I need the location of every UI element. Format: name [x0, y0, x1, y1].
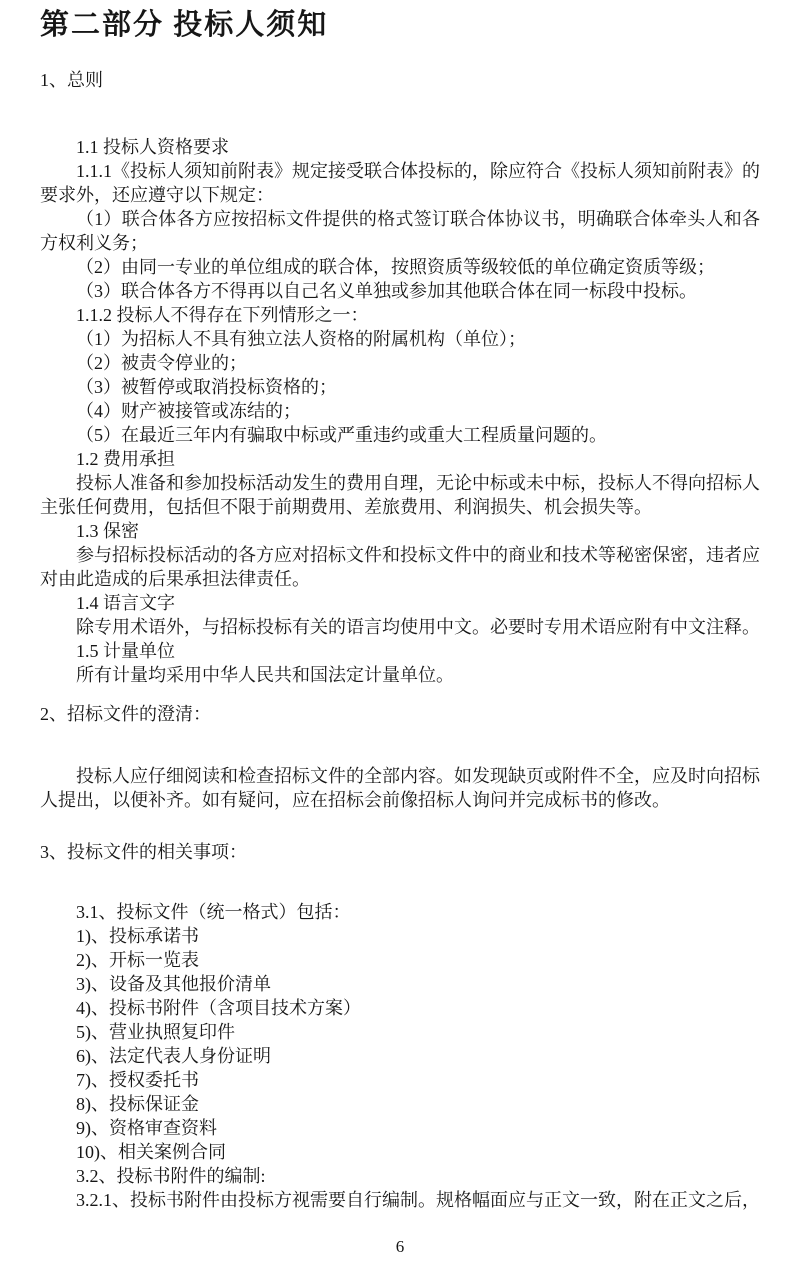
paragraph: （5）在最近三年内有骗取中标或严重违约或重大工程质量问题的。 — [40, 423, 760, 447]
paragraph: （1）联合体各方应按招标文件提供的格式签订联合体协议书，明确联合体牵头人和各方权… — [40, 207, 760, 255]
section-bid-document-matters: 3、投标文件的相关事项： 3.1、投标文件（统一格式）包括：1)、投标承诺书2)… — [40, 840, 760, 1212]
paragraph: 6)、法定代表人身份证明 — [40, 1044, 760, 1068]
page-number: 6 — [396, 1237, 405, 1256]
paragraph: 8)、投标保证金 — [40, 1092, 760, 1116]
paragraph: 参与招标投标活动的各方应对招标文件和投标文件中的商业和技术等秘密保密，违者应对由… — [40, 543, 760, 591]
paragraph: 7)、授权委托书 — [40, 1068, 760, 1092]
paragraph: 1.2 费用承担 — [40, 447, 760, 471]
paragraph: 1.4 语言文字 — [40, 591, 760, 615]
section-paragraphs: 投标人应仔细阅读和检查招标文件的全部内容。如发现缺页或附件不全，应及时向招标人提… — [40, 764, 760, 812]
section-clarification: 2、招标文件的澄清： 投标人应仔细阅读和检查招标文件的全部内容。如发现缺页或附件… — [40, 702, 760, 812]
paragraph: 1.1 投标人资格要求 — [40, 135, 760, 159]
paragraph: 1.1.1《投标人须知前附表》规定接受联合体投标的，除应符合《投标人须知前附表》… — [40, 159, 760, 207]
page-title-text: 第二部分 投标人须知 — [40, 9, 328, 41]
paragraph: （2）由同一专业的单位组成的联合体，按照资质等级较低的单位确定资质等级； — [40, 255, 760, 279]
document-page: 第二部分 投标人须知 1、总则 1.1 投标人资格要求1.1.1《投标人须知前附… — [0, 0, 800, 1264]
paragraph: 1.3 保密 — [40, 519, 760, 543]
paragraph: （3）联合体各方不得再以自己名义单独或参加其他联合体在同一标段中投标。 — [40, 279, 760, 303]
paragraph: 9)、资格审查资料 — [40, 1116, 760, 1140]
paragraph: 1.5 计量单位 — [40, 639, 760, 663]
section-general-provisions: 1、总则 1.1 投标人资格要求1.1.1《投标人须知前附表》规定接受联合体投标… — [40, 68, 760, 687]
paragraph: 3)、设备及其他报价清单 — [40, 972, 760, 996]
page-footer: 6 — [0, 1236, 800, 1258]
section-heading: 2、招标文件的澄清： — [40, 702, 760, 726]
page-title: 第二部分 投标人须知 — [40, 8, 760, 42]
paragraph: 1.1.2 投标人不得存在下列情形之一： — [40, 303, 760, 327]
paragraph: 3.2、投标书附件的编制: — [40, 1164, 760, 1188]
paragraph: 5)、营业执照复印件 — [40, 1020, 760, 1044]
paragraph: 2)、开标一览表 — [40, 948, 760, 972]
paragraph: 10)、相关案例合同 — [40, 1140, 760, 1164]
paragraph: 投标人应仔细阅读和检查招标文件的全部内容。如发现缺页或附件不全，应及时向招标人提… — [40, 764, 760, 812]
section-heading: 1、总则 — [40, 68, 760, 92]
paragraph: 所有计量均采用中华人民共和国法定计量单位。 — [40, 663, 760, 687]
paragraph: （4）财产被接管或冻结的； — [40, 399, 760, 423]
paragraph: 1)、投标承诺书 — [40, 924, 760, 948]
document-content: 第二部分 投标人须知 1、总则 1.1 投标人资格要求1.1.1《投标人须知前附… — [0, 0, 800, 1212]
section-paragraphs: 1.1 投标人资格要求1.1.1《投标人须知前附表》规定接受联合体投标的，除应符… — [40, 135, 760, 687]
paragraph: （1）为招标人不具有独立法人资格的附属机构（单位）； — [40, 327, 760, 351]
paragraph: 4)、投标书附件（含项目技术方案） — [40, 996, 760, 1020]
paragraph: 除专用术语外，与招标投标有关的语言均使用中文。必要时专用术语应附有中文注释。 — [40, 615, 760, 639]
paragraph: 3.1、投标文件（统一格式）包括： — [40, 900, 760, 924]
paragraph: （2）被责令停业的； — [40, 351, 760, 375]
paragraph: （3）被暂停或取消投标资格的； — [40, 375, 760, 399]
paragraph: 3.2.1、投标书附件由投标方视需要自行编制。规格幅面应与正文一致，附在正文之后… — [40, 1188, 760, 1212]
section-heading: 3、投标文件的相关事项： — [40, 840, 760, 864]
paragraph: 投标人准备和参加投标活动发生的费用自理，无论中标或未中标，投标人不得向招标人主张… — [40, 471, 760, 519]
section-paragraphs: 3.1、投标文件（统一格式）包括：1)、投标承诺书2)、开标一览表3)、设备及其… — [40, 900, 760, 1212]
